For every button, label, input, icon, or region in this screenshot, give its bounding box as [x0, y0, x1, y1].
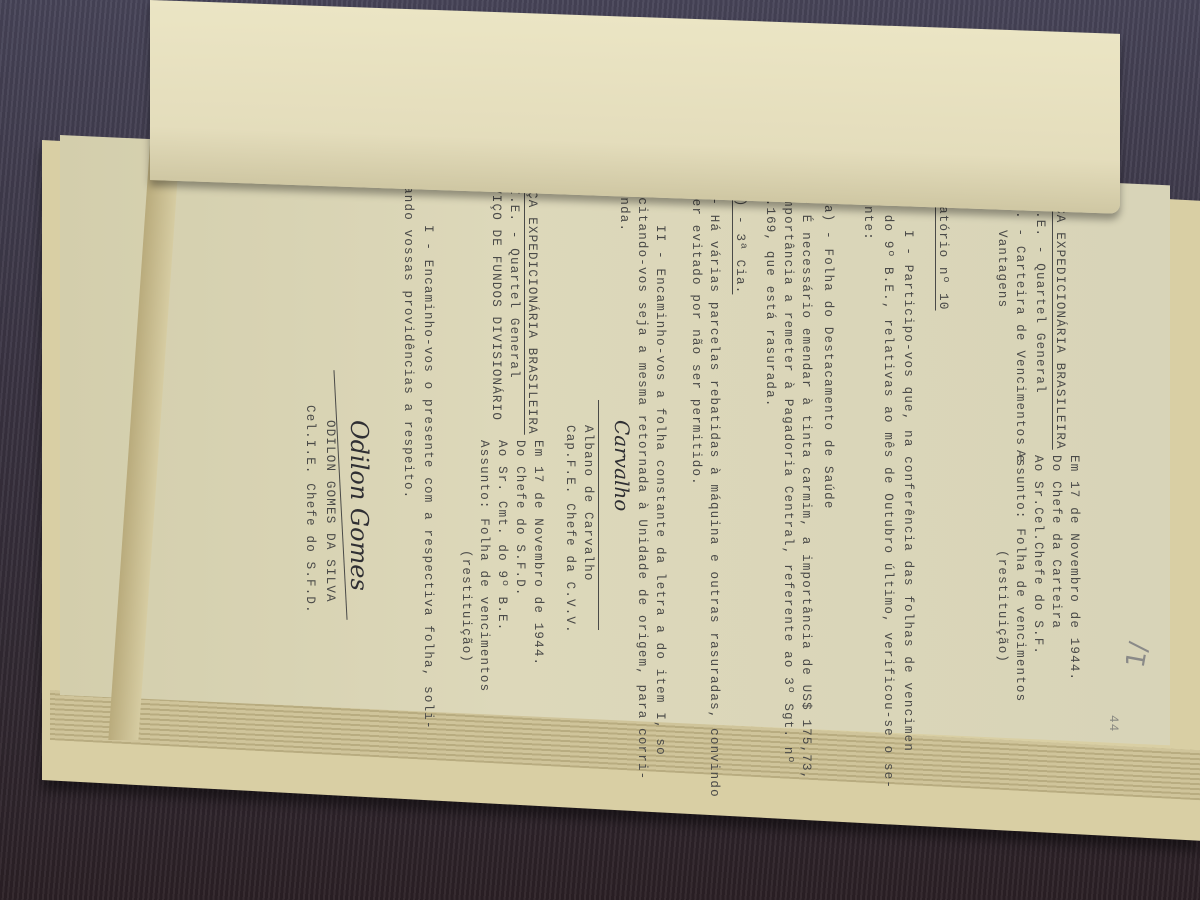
- memo2-to: Ao Sr. Cmt. do 9º B.E.: [494, 440, 510, 631]
- page-stub-number: 44: [1105, 715, 1121, 732]
- memo1-para-II-line1: II - Encaminho-vos a folha constante da …: [652, 225, 668, 756]
- memo1-item-b-line2: ser evitado por não ser permitido.: [688, 190, 704, 486]
- memo2-from: Do Chefe do S.F.D.: [512, 440, 528, 597]
- memo2-signature-scrawl: Odilon Gomes: [345, 420, 373, 591]
- memo1-subject-detail: (restituição): [994, 550, 1010, 663]
- memo1-para-I-line2: tos do 9º B.E., relativas ao mês de Outu…: [880, 180, 896, 789]
- memo1-item-b-line1: 1 - Há várias parcelas rebatidas à máqui…: [706, 180, 722, 798]
- memo1-signature-name: Albano de Carvalho: [580, 425, 596, 582]
- memo2-para-I-line2: citando vossas providências a respeito.: [400, 160, 416, 499]
- turned-page-edge: [150, 0, 1120, 214]
- memo2-subject: Assunto: Folha de vencimentos: [476, 440, 492, 692]
- memo1-signature-title: Cap.F.E. Chefe da C.V.V.: [562, 425, 578, 634]
- memo1-header-section: S.F. - Carteira de Vencimentos e: [1012, 185, 1028, 463]
- memo2-header-service: SERVIÇO DE FUNDOS DIVISIONÁRIO: [488, 160, 504, 421]
- memo1-item-b-title: b) - 3ª Cia.: [732, 190, 748, 294]
- memo1-item-a-line1: 1 - É necessário emendar à tinta carmim,…: [798, 180, 814, 780]
- memo2-para-I-line1: I - Encaminho-vos o presente com a respe…: [420, 225, 436, 730]
- memo2-header-unit: D.I.E. - Quartel General: [506, 170, 522, 379]
- memo1-signature-scrawl: Carvalho: [610, 420, 634, 511]
- memo1-date: Em 17 de Novembro de 1944.: [1066, 455, 1082, 681]
- memo2-signature-name: ODILON GOMES DA SILVA: [322, 420, 338, 603]
- memo1-from: Do Chefe da Carteira: [1048, 455, 1064, 629]
- memo1-para-I-line1: I - Participo-vos que, na conferência da…: [900, 230, 916, 752]
- memo1-to: Ao Sr.Cel.Chefe do S.F.: [1030, 455, 1046, 655]
- memo1-header-vantagens: Vantagens: [994, 230, 1010, 308]
- memo1-subject: Assunto: Folha de vencimentos: [1012, 450, 1028, 702]
- memo2-header-org: FORÇA EXPEDICIONÁRIA BRASILEIRA: [524, 165, 540, 435]
- memo1-item-a-line2: importância a remeter à Pagadoria Centra…: [780, 190, 796, 764]
- pencil-mark: 1/: [1121, 640, 1155, 670]
- memo1-signature-line: [598, 400, 599, 630]
- memo1-para-II-line2: licitando-vos seja a mesma retornada à U…: [634, 180, 650, 780]
- memo1-header-unit: D.I.E. - Quartel General: [1032, 185, 1048, 394]
- memo2-date: Em 17 de Novembro de 1944.: [530, 440, 546, 666]
- memo1-item-a-title: a) - Folha do Destacamento de Saúde: [820, 205, 836, 510]
- memo1-header-org: FORÇA EXPEDICIONÁRIA BRASILEIRA: [1052, 180, 1068, 450]
- memo2-signature-title: Cel.I.E. Chefe do S.F.D.: [302, 405, 318, 614]
- memo2-subject-detail: (restituição): [458, 550, 474, 663]
- memo1-item-a-line3: 1.169, que está rasurada.: [762, 190, 778, 408]
